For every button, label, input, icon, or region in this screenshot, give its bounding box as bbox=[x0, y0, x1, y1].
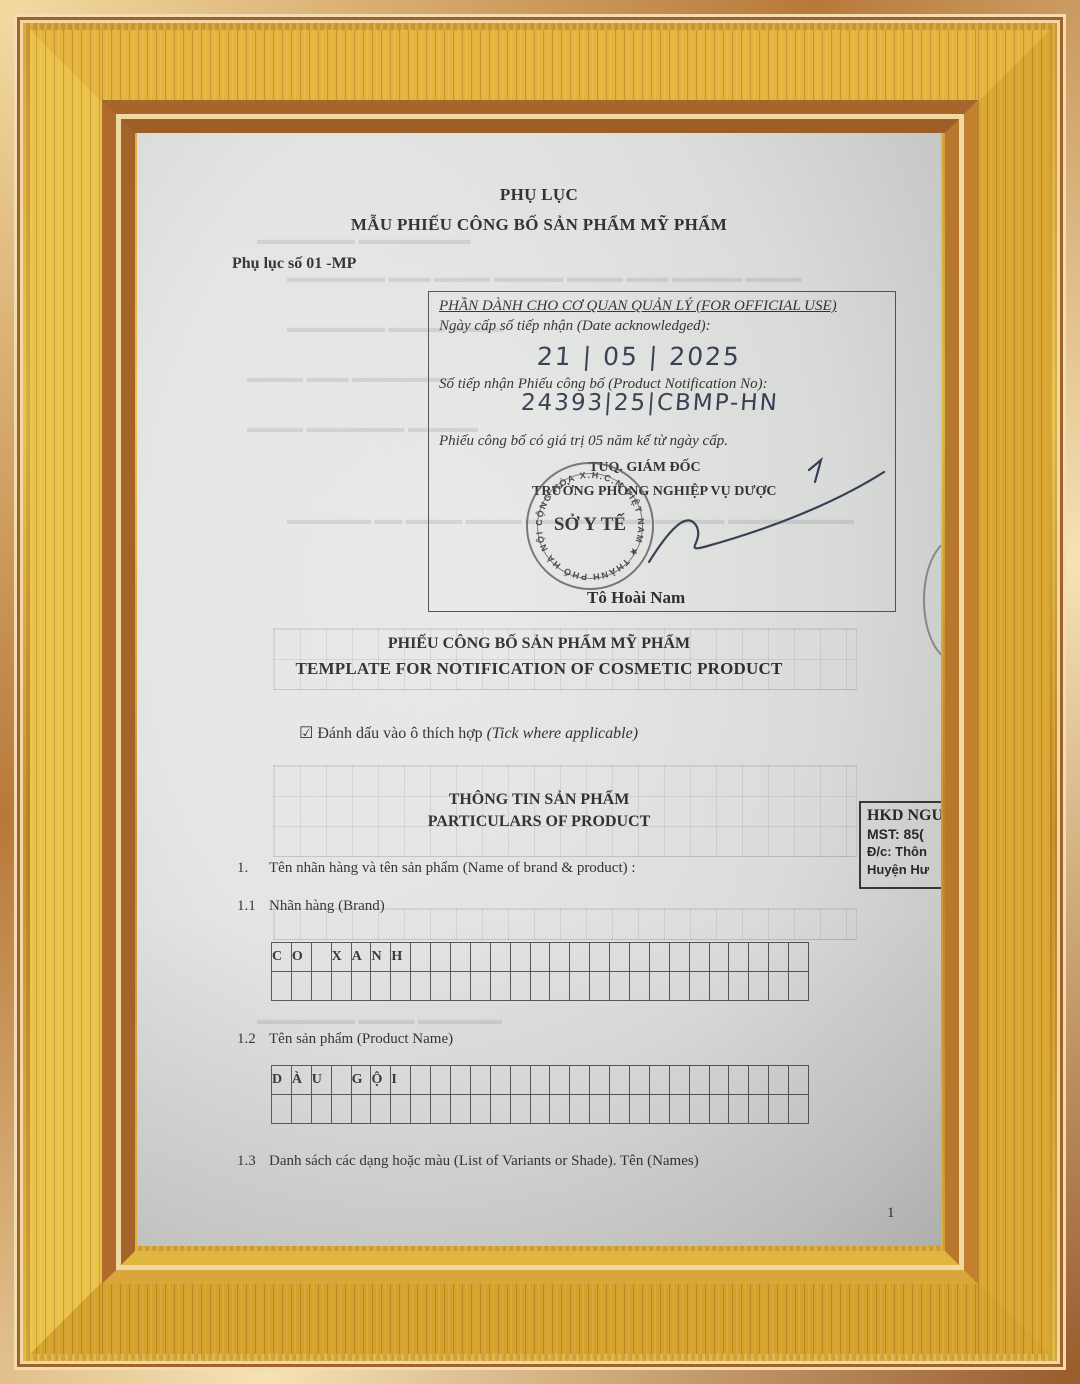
product-grid-cell bbox=[749, 1066, 769, 1095]
brand-grid-cell bbox=[610, 972, 630, 1001]
product-grid-cell bbox=[411, 1066, 431, 1095]
product-grid-cell bbox=[550, 1066, 570, 1095]
product-grid-cell: U bbox=[311, 1066, 331, 1095]
validity-note: Phiếu công bố có giá trị 05 năm kể từ ng… bbox=[439, 433, 728, 450]
product-grid-cell bbox=[510, 1095, 530, 1124]
product-grid-cell bbox=[789, 1095, 809, 1124]
product-grid-cell bbox=[649, 1066, 669, 1095]
product-grid-cell bbox=[371, 1095, 391, 1124]
product-grid-cell bbox=[291, 1095, 311, 1124]
brand-grid-cell: H bbox=[391, 943, 411, 972]
brand-grid-cell bbox=[789, 972, 809, 1001]
brand-grid-cell bbox=[769, 972, 789, 1001]
section-title-vi: THÔNG TIN SẢN PHẨM bbox=[137, 791, 941, 809]
product-grid-cell bbox=[311, 1095, 331, 1124]
seal-center-text: SỞ Y TẾ bbox=[528, 514, 652, 536]
brand-grid-cell bbox=[470, 943, 490, 972]
tick-instruction-vi: Đánh dấu vào ô thích hợp bbox=[317, 725, 482, 742]
brand-grid-cell: N bbox=[371, 943, 391, 972]
brand-grid-cell bbox=[669, 943, 689, 972]
brand-grid-cell bbox=[649, 943, 669, 972]
official-use-box: PHẦN DÀNH CHO CƠ QUAN QUẢN LÝ (FOR OFFIC… bbox=[428, 291, 896, 612]
product-grid-cell bbox=[669, 1066, 689, 1095]
date-acknowledged-value: 21 | 05 | 2025 bbox=[536, 342, 742, 371]
product-grid-cell bbox=[769, 1066, 789, 1095]
brand-grid-cell bbox=[331, 972, 351, 1001]
brand-grid-cell: C bbox=[272, 943, 292, 972]
brand-grid-cell bbox=[590, 943, 610, 972]
product-grid-cell: D bbox=[272, 1066, 292, 1095]
brand-grid-cell bbox=[590, 972, 610, 1001]
product-grid-cell bbox=[749, 1095, 769, 1124]
brand-grid-cell bbox=[789, 943, 809, 972]
product-grid-row bbox=[272, 1095, 809, 1124]
brand-grid-cell bbox=[570, 943, 590, 972]
tick-instruction: ☑ Đánh dấu vào ô thích hợp (Tick where a… bbox=[299, 723, 638, 743]
product-grid-cell bbox=[411, 1095, 431, 1124]
brand-grid-cell bbox=[490, 943, 510, 972]
item-1-2: 1.2Tên sản phẩm (Product Name) bbox=[237, 1031, 453, 1048]
brand-character-grid: COXANH bbox=[271, 942, 809, 1001]
product-grid-cell bbox=[470, 1066, 490, 1095]
product-grid-cell: Ộ bbox=[371, 1066, 391, 1095]
product-grid-cell bbox=[729, 1095, 749, 1124]
signature-icon bbox=[579, 452, 899, 572]
brand-grid-cell bbox=[610, 943, 630, 972]
product-grid-cell bbox=[451, 1066, 471, 1095]
brand-grid-cell bbox=[530, 943, 550, 972]
brand-grid-cell bbox=[709, 972, 729, 1001]
brand-grid-cell bbox=[510, 943, 530, 972]
brand-grid-cell bbox=[669, 972, 689, 1001]
product-grid-cell bbox=[391, 1095, 411, 1124]
appendix-title: PHỤ LỤC bbox=[137, 185, 941, 205]
brand-grid-cell bbox=[689, 972, 709, 1001]
product-name-character-grid: DÀUGỘI bbox=[271, 1065, 809, 1124]
form-title-vi: PHIẾU CÔNG BỐ SẢN PHẨM MỸ PHẨM bbox=[137, 635, 941, 653]
brand-grid-cell bbox=[272, 972, 292, 1001]
product-grid-cell bbox=[490, 1066, 510, 1095]
item-1: 1.Tên nhãn hàng và tên sản phẩm (Name of… bbox=[237, 860, 636, 877]
tick-instruction-en: (Tick where applicable) bbox=[487, 725, 638, 742]
brand-grid-cell bbox=[411, 972, 431, 1001]
product-grid-cell bbox=[470, 1095, 490, 1124]
brand-grid-cell bbox=[630, 972, 650, 1001]
brand-grid-cell bbox=[769, 943, 789, 972]
product-grid-cell bbox=[709, 1095, 729, 1124]
product-grid-cell: I bbox=[391, 1066, 411, 1095]
product-grid-cell bbox=[351, 1095, 371, 1124]
product-grid-cell bbox=[431, 1066, 451, 1095]
product-grid-row: DÀUGỘI bbox=[272, 1066, 809, 1095]
document-page: ▬▬▬▬▬▬▬ ▬▬▬▬▬▬▬▬ ▬▬▬▬▬▬▬ ▬▬▬ ▬▬▬▬ ▬▬▬▬▬ … bbox=[137, 133, 941, 1246]
product-grid-cell bbox=[610, 1066, 630, 1095]
brand-grid-cell bbox=[709, 943, 729, 972]
product-grid-cell bbox=[331, 1066, 351, 1095]
product-grid-cell bbox=[630, 1066, 650, 1095]
product-grid-cell bbox=[689, 1095, 709, 1124]
item-1-3: 1.3Danh sách các dạng hoặc màu (List of … bbox=[237, 1153, 699, 1170]
product-grid-cell bbox=[331, 1095, 351, 1124]
brand-grid-cell bbox=[451, 943, 471, 972]
brand-grid-cell bbox=[311, 943, 331, 972]
product-grid-cell bbox=[769, 1095, 789, 1124]
brand-grid-cell bbox=[291, 972, 311, 1001]
brand-grid-cell bbox=[550, 943, 570, 972]
product-grid-cell bbox=[689, 1066, 709, 1095]
brand-grid-row bbox=[272, 972, 809, 1001]
brand-grid-cell bbox=[729, 943, 749, 972]
page-number: 1 bbox=[887, 1205, 895, 1222]
product-grid-cell bbox=[729, 1066, 749, 1095]
product-grid-cell bbox=[451, 1095, 471, 1124]
product-grid-cell bbox=[490, 1095, 510, 1124]
brand-grid-cell bbox=[311, 972, 331, 1001]
brand-grid-cell bbox=[351, 972, 371, 1001]
brand-grid-cell bbox=[749, 972, 769, 1001]
date-acknowledged-label: Ngày cấp số tiếp nhận (Date acknowledged… bbox=[439, 318, 711, 335]
product-grid-cell bbox=[530, 1095, 550, 1124]
brand-grid-cell bbox=[431, 972, 451, 1001]
brand-grid-cell bbox=[530, 972, 550, 1001]
brand-grid-cell: O bbox=[291, 943, 311, 972]
product-grid-cell bbox=[272, 1095, 292, 1124]
item-1-1: 1.1Nhãn hàng (Brand) bbox=[237, 898, 385, 915]
product-grid-cell bbox=[669, 1095, 689, 1124]
brand-grid-row: COXANH bbox=[272, 943, 809, 972]
brand-grid-cell bbox=[630, 943, 650, 972]
brand-grid-cell bbox=[729, 972, 749, 1001]
brand-grid-cell bbox=[689, 943, 709, 972]
official-use-heading: PHẦN DÀNH CHO CƠ QUAN QUẢN LÝ (FOR OFFIC… bbox=[439, 298, 837, 315]
product-grid-cell bbox=[630, 1095, 650, 1124]
product-grid-cell: À bbox=[291, 1066, 311, 1095]
signer-name: Tô Hoài Nam bbox=[587, 588, 685, 608]
product-grid-cell bbox=[510, 1066, 530, 1095]
product-grid-cell bbox=[570, 1066, 590, 1095]
product-grid-cell bbox=[590, 1066, 610, 1095]
product-grid-cell bbox=[570, 1095, 590, 1124]
product-grid-cell bbox=[610, 1095, 630, 1124]
product-grid-cell bbox=[550, 1095, 570, 1124]
form-title-en: TEMPLATE FOR NOTIFICATION OF COSMETIC PR… bbox=[137, 659, 941, 679]
appendix-number: Phụ lục số 01 -MP bbox=[232, 255, 356, 273]
brand-grid-cell bbox=[570, 972, 590, 1001]
product-grid-cell bbox=[431, 1095, 451, 1124]
product-grid-cell bbox=[789, 1066, 809, 1095]
product-grid-cell bbox=[590, 1095, 610, 1124]
section-title-en: PARTICULARS OF PRODUCT bbox=[137, 813, 941, 831]
notification-number-value: 24393|25|CBMP-HN bbox=[520, 390, 780, 416]
product-grid-cell: G bbox=[351, 1066, 371, 1095]
brand-grid-cell bbox=[550, 972, 570, 1001]
product-grid-cell bbox=[530, 1066, 550, 1095]
brand-grid-cell bbox=[391, 972, 411, 1001]
brand-grid-cell bbox=[411, 943, 431, 972]
brand-grid-cell bbox=[490, 972, 510, 1001]
product-grid-cell bbox=[649, 1095, 669, 1124]
brand-grid-cell: A bbox=[351, 943, 371, 972]
brand-grid-cell bbox=[431, 943, 451, 972]
brand-grid-cell bbox=[510, 972, 530, 1001]
checkbox-checked-icon: ☑ bbox=[299, 725, 313, 742]
brand-grid-cell bbox=[749, 943, 769, 972]
brand-grid-cell: X bbox=[331, 943, 351, 972]
brand-grid-cell bbox=[470, 972, 490, 1001]
template-title: MẪU PHIẾU CÔNG BỐ SẢN PHẨM MỸ PHẨM bbox=[137, 215, 941, 235]
product-grid-cell bbox=[709, 1066, 729, 1095]
brand-grid-cell bbox=[451, 972, 471, 1001]
brand-grid-cell bbox=[649, 972, 669, 1001]
brand-grid-cell bbox=[371, 972, 391, 1001]
